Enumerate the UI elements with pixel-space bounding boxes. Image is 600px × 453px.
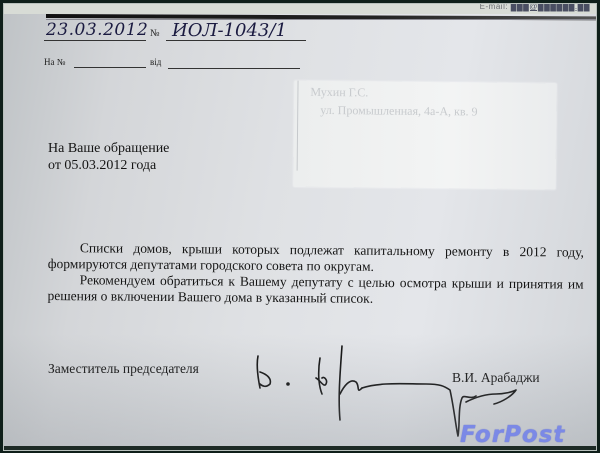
scanned-letter: E-mail: ███@██████.██ 23.03.2012 № ИОЛ-1… (3, 3, 597, 451)
reference-from-label: від (150, 57, 161, 67)
number-sign: № (150, 28, 160, 39)
address-margin-line (297, 81, 299, 171)
signatory-name: В.И. Арабаджи (452, 370, 540, 386)
reply-reference: На Ваше обращение от 05.03.2012 года (48, 140, 169, 174)
reference-number-label: На № (44, 57, 65, 67)
reference-date-line (168, 68, 300, 69)
letterhead-strip: E-mail: ███@██████.██ (4, 4, 596, 14)
bottom-frame-bar (4, 446, 596, 450)
email-address: ███@██████.██ (511, 3, 590, 11)
reply-reference-line1: На Ваше обращение (48, 140, 169, 157)
body-paragraph: Рекомендуем обратиться к Вашему депутату… (47, 272, 583, 309)
email-label: E-mail: (480, 3, 508, 11)
letterhead-email: E-mail: ███@██████.██ (480, 3, 590, 11)
reference-number-line (74, 67, 146, 68)
signatory-title: Заместитель председателя (48, 361, 199, 377)
recipient-name: Мухин Г.С. (310, 85, 368, 101)
outgoing-number-handwritten: ИОЛ-1043/1 (172, 20, 287, 41)
number-underline (166, 40, 306, 41)
recipient-address-block-redacted: Мухин Г.С. ул. Промышленная, 4а-А, кв. 9 (293, 81, 556, 190)
recipient-street: ул. Промышленная, 4а-А, кв. 9 (320, 103, 477, 120)
letter-body: Списки домов, крыши которых подлежат кап… (47, 240, 584, 309)
outgoing-date-handwritten: 23.03.2012 (46, 20, 148, 40)
forpost-watermark: ForPost (460, 422, 565, 448)
reply-reference-line2: от 05.03.2012 года (48, 157, 169, 174)
date-underline (44, 40, 146, 41)
body-paragraph: Списки домов, крыши которых подлежат кап… (48, 240, 584, 277)
